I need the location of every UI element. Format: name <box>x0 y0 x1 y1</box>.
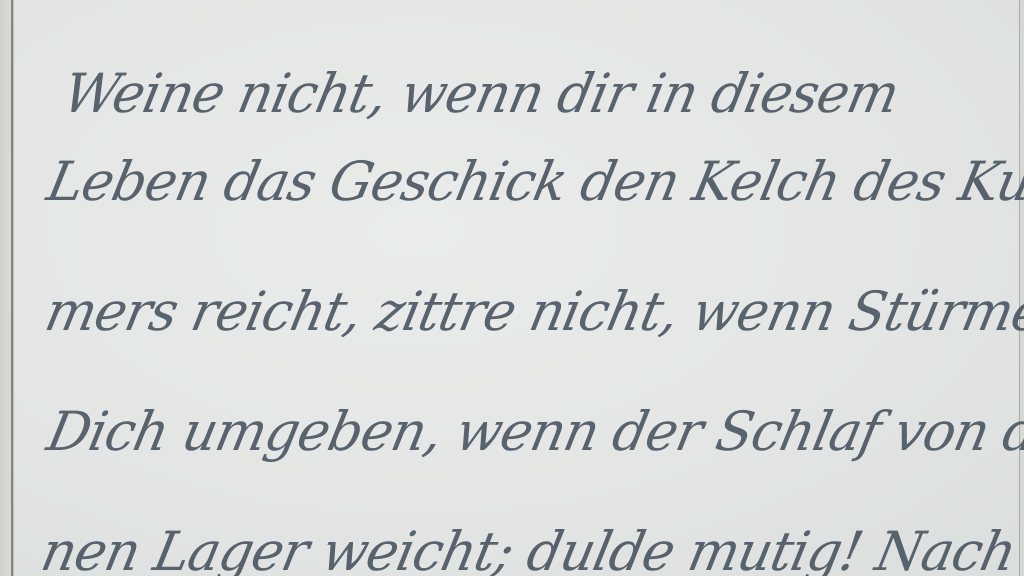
left-margin-rule <box>11 0 13 576</box>
text-line-3: mers reicht, zittre nicht, wenn Stürme <box>40 280 1024 343</box>
text-line-4: Dich umgeben, wenn der Schlaf von dei- <box>42 400 1024 463</box>
text-line-5: nen Lager weicht; dulde mutig! Nach <box>36 520 1021 576</box>
text-line-1: Weine nicht, wenn dir in diesem <box>58 62 904 125</box>
text-line-2: Leben das Geschick den Kelch des Kum- <box>42 150 1024 213</box>
